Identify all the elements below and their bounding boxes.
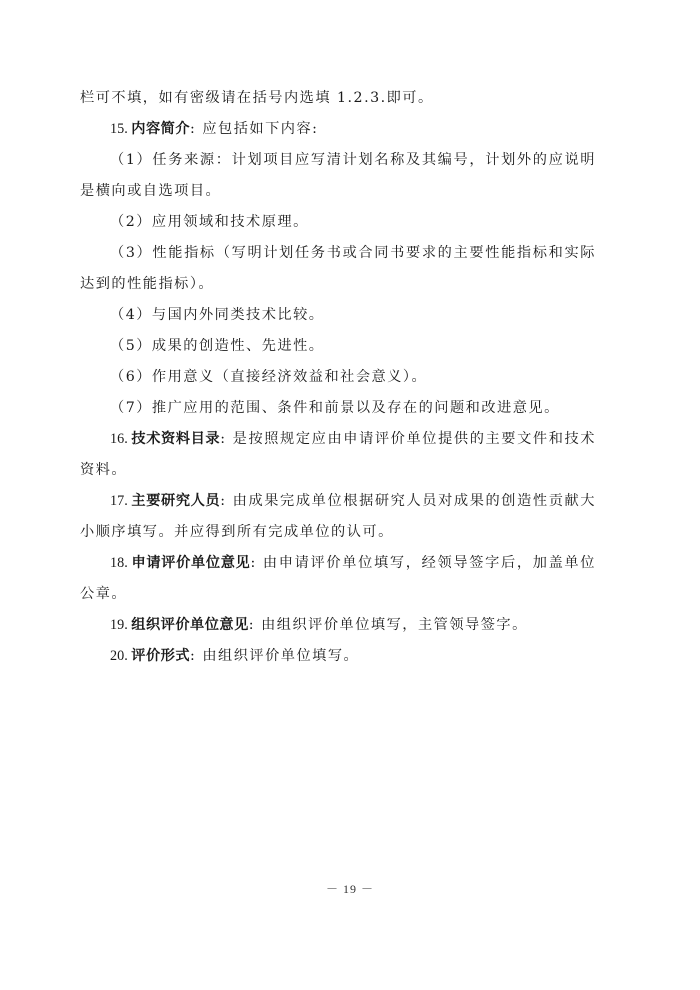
item-17-researchers: 17. 主要研究人员: 由成果完成单位根据研究人员对成果的创造性贡献大小顺序填写… bbox=[80, 486, 596, 548]
subitem-15-4: （4）与国内外同类技术比较。 bbox=[80, 300, 596, 331]
paragraph-text: 栏可不填，如有密级请在括号内选填 1.2.3.即可。 bbox=[80, 90, 434, 106]
item-number: 15. bbox=[110, 121, 131, 137]
item-text: : 由组织评价单位填写，主管领导签字。 bbox=[249, 617, 528, 633]
paragraph-continuation: 栏可不填，如有密级请在括号内选填 1.2.3.即可。 bbox=[80, 83, 596, 114]
item-15-content-summary: 15. 内容简介: 应包括如下内容: bbox=[80, 114, 596, 145]
subitem-15-7: （7）推广应用的范围、条件和前景以及存在的问题和改进意见。 bbox=[80, 393, 596, 424]
item-heading: 技术资料目录 bbox=[131, 431, 220, 447]
item-heading: 内容简介 bbox=[131, 121, 190, 137]
document-body: 栏可不填，如有密级请在括号内选填 1.2.3.即可。 15. 内容简介: 应包括… bbox=[80, 83, 596, 672]
item-heading: 主要研究人员 bbox=[131, 493, 220, 509]
item-number: 19. bbox=[110, 617, 131, 633]
subitem-15-2: （2）应用领域和技术原理。 bbox=[80, 207, 596, 238]
item-text: : 应包括如下内容: bbox=[190, 121, 318, 137]
item-heading: 评价形式 bbox=[131, 648, 190, 664]
item-number: 17. bbox=[110, 493, 131, 509]
item-number: 18. bbox=[110, 555, 131, 571]
item-text: : 由组织评价单位填写。 bbox=[190, 648, 359, 664]
subitem-text: （5）成果的创造性、先进性。 bbox=[110, 338, 324, 354]
subitem-15-6: （6）作用意义（直接经济效益和社会意义）。 bbox=[80, 362, 596, 393]
subitem-text: （2）应用领域和技术原理。 bbox=[110, 214, 309, 230]
subitem-text: （3）性能指标（写明计划任务书或合同书要求的主要性能指标和实际达到的性能指标）。 bbox=[80, 245, 596, 292]
item-number: 16. bbox=[110, 431, 131, 447]
item-heading: 组织评价单位意见 bbox=[131, 617, 249, 633]
item-18-applicant-opinion: 18. 申请评价单位意见: 由申请评价单位填写，经领导签字后，加盖单位公章。 bbox=[80, 548, 596, 610]
item-number: 20. bbox=[110, 648, 131, 664]
item-heading: 申请评价单位意见 bbox=[131, 555, 250, 571]
page-number: － 19 － bbox=[0, 880, 700, 897]
subitem-15-1: （1）任务来源：计划项目应写清计划名称及其编号，计划外的应说明是横向或自选项目。 bbox=[80, 145, 596, 207]
item-20-evaluation-form: 20. 评价形式: 由组织评价单位填写。 bbox=[80, 641, 596, 672]
subitem-text: （6）作用意义（直接经济效益和社会意义）。 bbox=[110, 369, 427, 385]
item-16-technical-docs: 16. 技术资料目录: 是按照规定应由申请评价单位提供的主要文件和技术资料。 bbox=[80, 424, 596, 486]
subitem-15-3: （3）性能指标（写明计划任务书或合同书要求的主要性能指标和实际达到的性能指标）。 bbox=[80, 238, 596, 300]
subitem-text: （7）推广应用的范围、条件和前景以及存在的问题和改进意见。 bbox=[110, 400, 560, 416]
subitem-text: （1）任务来源：计划项目应写清计划名称及其编号，计划外的应说明是横向或自选项目。 bbox=[80, 152, 596, 199]
item-19-organizer-opinion: 19. 组织评价单位意见: 由组织评价单位填写，主管领导签字。 bbox=[80, 610, 596, 641]
subitem-text: （4）与国内外同类技术比较。 bbox=[110, 307, 324, 323]
subitem-15-5: （5）成果的创造性、先进性。 bbox=[80, 331, 596, 362]
